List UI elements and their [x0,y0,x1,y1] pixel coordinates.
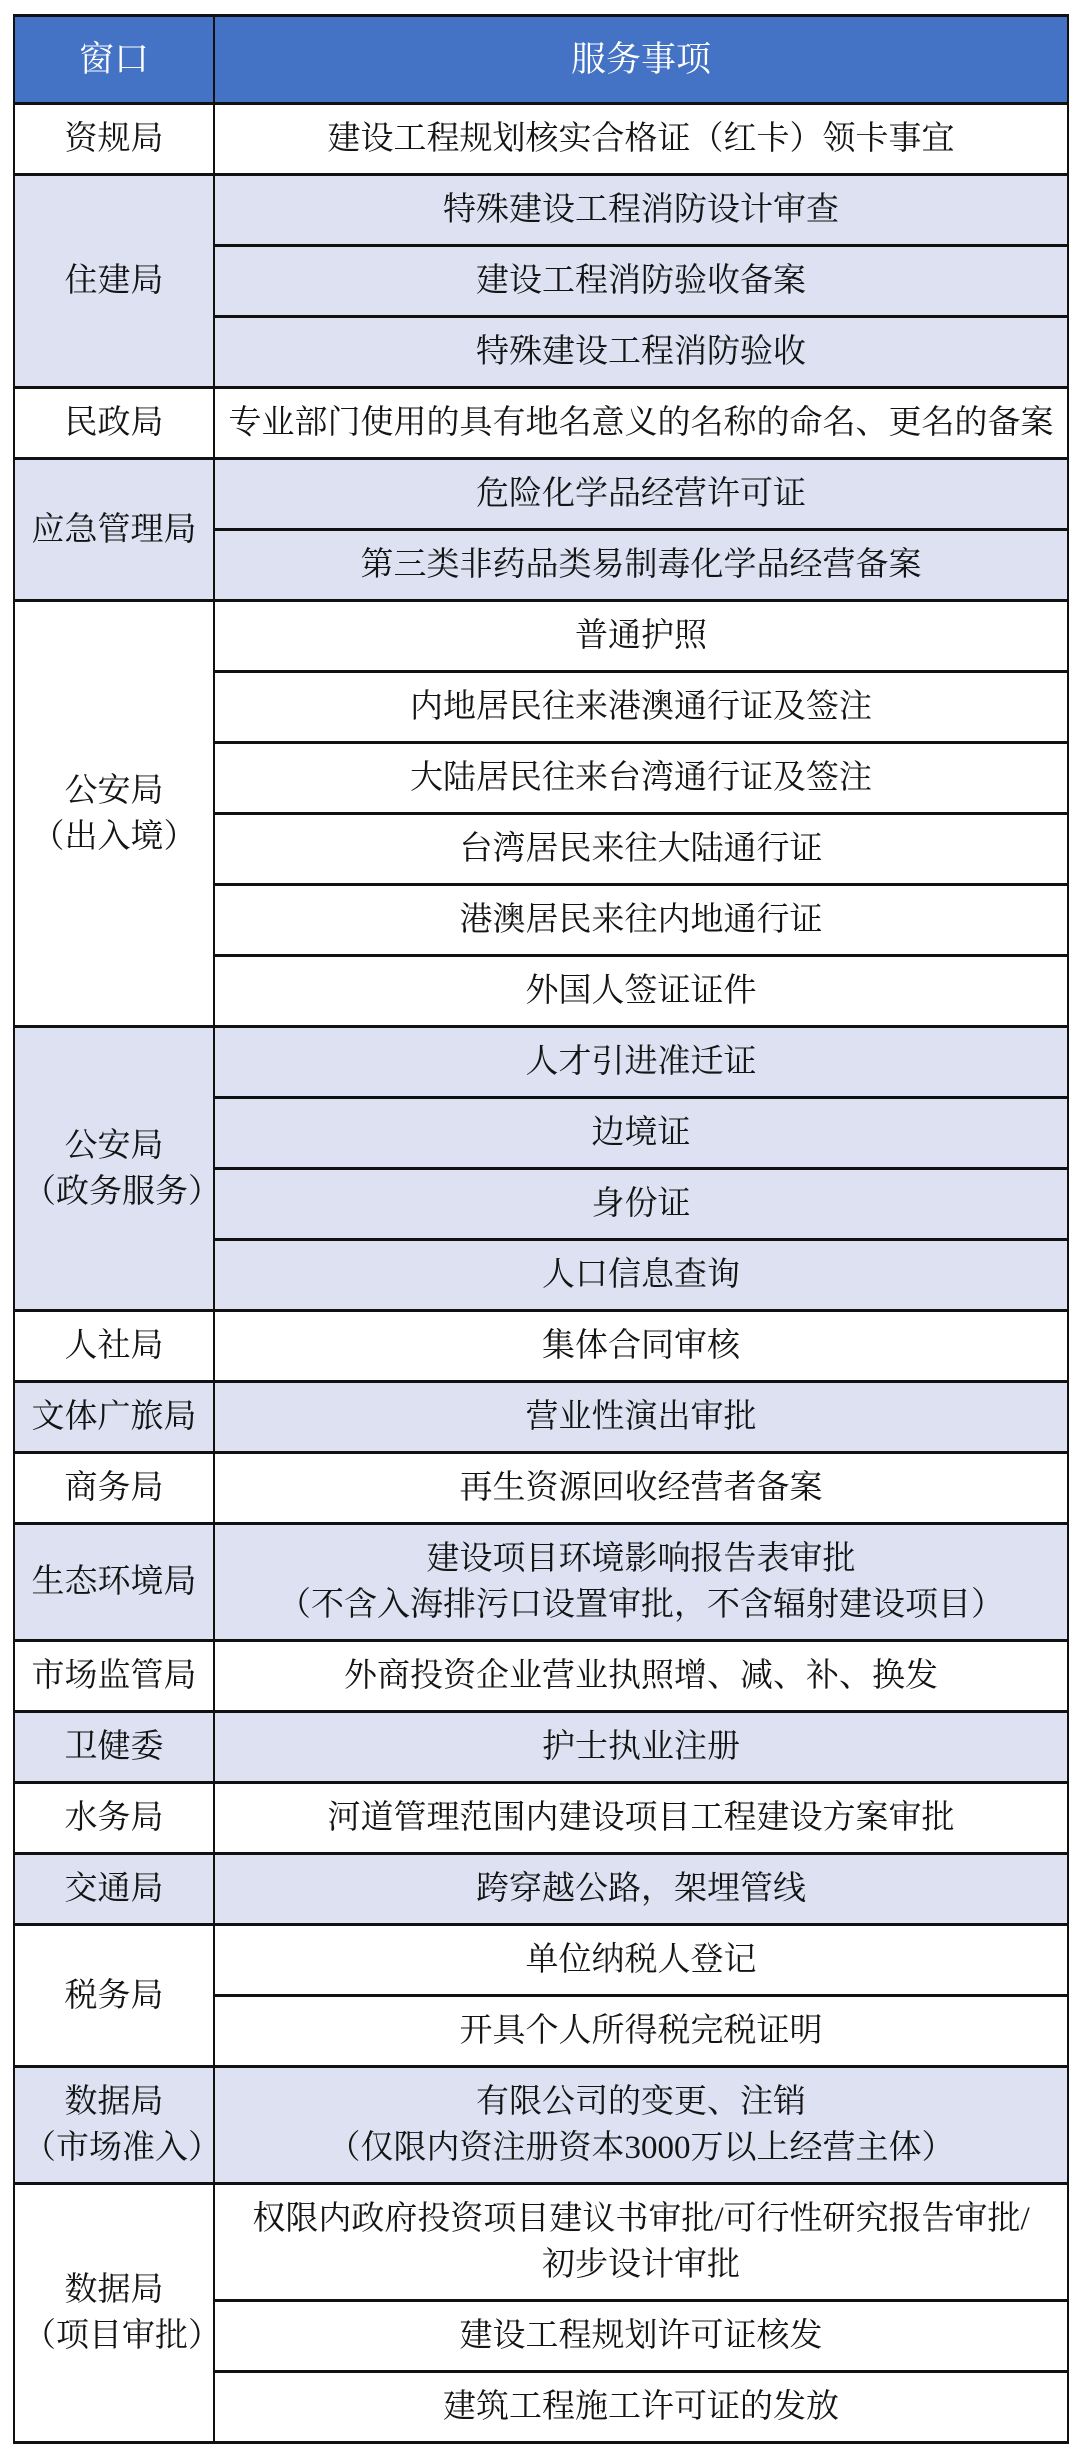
window-cell: 市场监管局 [14,1641,214,1712]
header-row: 窗口 服务事项 [14,16,1068,104]
service-cell: 人才引进准迁证 [214,1027,1068,1098]
service-cell: 跨穿越公路，架埋管线 [214,1854,1068,1925]
table-row: 数据局（市场准入）有限公司的变更、注销（仅限内资注册资本3000万以上经营主体） [14,2067,1068,2184]
service-cell: 建设项目环境影响报告表审批（不含入海排污口设置审批，不含辐射建设项目） [214,1524,1068,1641]
table-row: 民政局专业部门使用的具有地名意义的名称的命名、更名的备案 [14,388,1068,459]
service-cell: 建设工程规划许可证核发 [214,2301,1068,2372]
window-cell: 数据局（市场准入） [14,2067,214,2184]
service-cell: 再生资源回收经营者备案 [214,1453,1068,1524]
window-cell: 公安局（政务服务） [14,1027,214,1311]
service-cell: 人口信息查询 [214,1240,1068,1311]
table-row: 文体广旅局营业性演出审批 [14,1382,1068,1453]
window-cell: 商务局 [14,1453,214,1524]
window-cell: 人社局 [14,1311,214,1382]
service-cell: 特殊建设工程消防设计审查 [214,175,1068,246]
table-row: 人社局集体合同审核 [14,1311,1068,1382]
table-row: 交通局跨穿越公路，架埋管线 [14,1854,1068,1925]
service-cell: 河道管理范围内建设项目工程建设方案审批 [214,1783,1068,1854]
service-cell: 台湾居民来往大陆通行证 [214,814,1068,885]
service-cell: 危险化学品经营许可证 [214,459,1068,530]
service-cell: 护士执业注册 [214,1712,1068,1783]
service-cell: 第三类非药品类易制毒化学品经营备案 [214,530,1068,601]
table-row: 公安局（政务服务）人才引进准迁证 [14,1027,1068,1098]
service-cell: 边境证 [214,1098,1068,1169]
service-cell: 有限公司的变更、注销（仅限内资注册资本3000万以上经营主体） [214,2067,1068,2184]
table-row: 市场监管局外商投资企业营业执照增、减、补、换发 [14,1641,1068,1712]
service-table: 窗口 服务事项 资规局建设工程规划核实合格证（红卡）领卡事宜住建局特殊建设工程消… [13,14,1069,2444]
service-cell: 普通护照 [214,601,1068,672]
window-cell: 卫健委 [14,1712,214,1783]
window-cell: 公安局（出入境） [14,601,214,1027]
service-cell: 建设工程规划核实合格证（红卡）领卡事宜 [214,104,1068,175]
window-cell: 生态环境局 [14,1524,214,1641]
service-cell: 权限内政府投资项目建议书审批/可行性研究报告审批/初步设计审批 [214,2184,1068,2301]
table-row: 税务局单位纳税人登记 [14,1925,1068,1996]
table-row: 商务局再生资源回收经营者备案 [14,1453,1068,1524]
service-cell: 建设工程消防验收备案 [214,246,1068,317]
service-cell: 特殊建设工程消防验收 [214,317,1068,388]
window-cell: 水务局 [14,1783,214,1854]
table-row: 公安局（出入境）普通护照 [14,601,1068,672]
window-cell: 文体广旅局 [14,1382,214,1453]
service-cell: 开具个人所得税完税证明 [214,1996,1068,2067]
service-cell: 外国人签证证件 [214,956,1068,1027]
table-row: 卫健委护士执业注册 [14,1712,1068,1783]
service-cell: 集体合同审核 [214,1311,1068,1382]
table-row: 生态环境局建设项目环境影响报告表审批（不含入海排污口设置审批，不含辐射建设项目） [14,1524,1068,1641]
window-cell: 民政局 [14,388,214,459]
table-row: 应急管理局危险化学品经营许可证 [14,459,1068,530]
window-cell: 交通局 [14,1854,214,1925]
service-cell: 外商投资企业营业执照增、减、补、换发 [214,1641,1068,1712]
window-cell: 应急管理局 [14,459,214,601]
table-row: 住建局特殊建设工程消防设计审查 [14,175,1068,246]
col-header-service: 服务事项 [214,16,1068,104]
window-cell: 资规局 [14,104,214,175]
service-cell: 内地居民往来港澳通行证及签注 [214,672,1068,743]
service-cell: 建筑工程施工许可证的发放 [214,2372,1068,2443]
table-row: 数据局（项目审批）权限内政府投资项目建议书审批/可行性研究报告审批/初步设计审批 [14,2184,1068,2301]
service-cell: 港澳居民来往内地通行证 [214,885,1068,956]
table-row: 水务局河道管理范围内建设项目工程建设方案审批 [14,1783,1068,1854]
service-cell: 单位纳税人登记 [214,1925,1068,1996]
table-body: 资规局建设工程规划核实合格证（红卡）领卡事宜住建局特殊建设工程消防设计审查建设工… [14,104,1068,2443]
page: 窗口 服务事项 资规局建设工程规划核实合格证（红卡）领卡事宜住建局特殊建设工程消… [0,0,1080,2458]
window-cell: 数据局（项目审批） [14,2184,214,2443]
window-cell: 税务局 [14,1925,214,2067]
service-cell: 专业部门使用的具有地名意义的名称的命名、更名的备案 [214,388,1068,459]
service-cell: 大陆居民往来台湾通行证及签注 [214,743,1068,814]
service-cell: 身份证 [214,1169,1068,1240]
service-cell: 营业性演出审批 [214,1382,1068,1453]
window-cell: 住建局 [14,175,214,388]
table-row: 资规局建设工程规划核实合格证（红卡）领卡事宜 [14,104,1068,175]
col-header-window: 窗口 [14,16,214,104]
